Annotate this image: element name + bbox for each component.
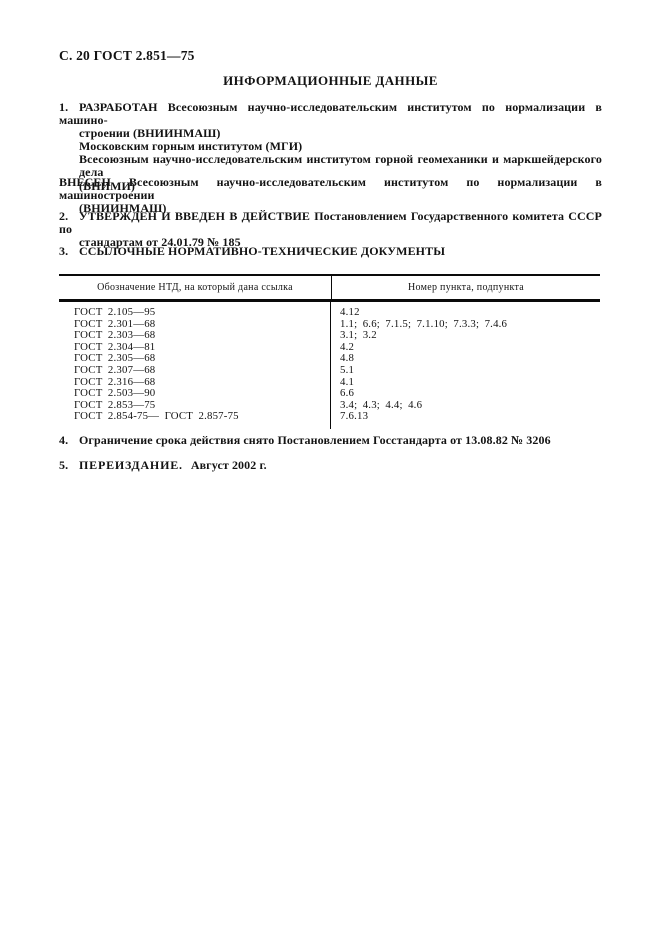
paragraph-line: 3.ССЫЛОЧНЫЕ НОРМАТИВНО-ТЕХНИЧЕСКИЕ ДОКУМ… [59,245,602,258]
table-points-cell: 3.1; 3.2 [340,330,600,342]
item-number: 3. [59,245,79,258]
section-ogranichenie: 4.Ограничение срока действия снято Поста… [59,434,602,447]
table-ref-cell: ГОСТ 2.105—95 [74,307,330,319]
section-ssylochnye: 3.ССЫЛОЧНЫЕ НОРМАТИВНО-ТЕХНИЧЕСКИЕ ДОКУМ… [59,245,602,258]
pereizdanie-label: ПЕРЕИЗДАНИЕ. [79,458,183,472]
table-points-cell: 4.1 [340,377,600,389]
table-points-cell: 6.6 [340,388,600,400]
table-header-ntd: Обозначение НТД, на который дана ссылка [59,276,332,299]
document-page: С. 20 ГОСТ 2.851—75 ИНФОРМАЦИОННЫЕ ДАННЫ… [0,0,661,936]
table-column-refs: ГОСТ 2.105—95ГОСТ 2.301—68ГОСТ 2.303—68Г… [59,302,331,429]
table-header-points: Номер пункта, подпункта [332,276,600,299]
paragraph-line: ВНЕСЕН Всесоюзным научно-исследовательск… [59,176,602,202]
table-column-points: 4.121.1; 6.6; 7.1.5; 7.1.10; 7.3.3; 7.4.… [331,302,600,429]
item-number: 4. [59,434,79,447]
paragraph-text: УТВЕРЖДЕН И ВВЕДЕН В ДЕЙСТВИЕ Постановле… [59,209,602,236]
reference-table: Обозначение НТД, на который дана ссылка … [59,274,600,429]
page-header: С. 20 ГОСТ 2.851—75 [59,48,602,63]
section-pereizdanie: 5.ПЕРЕИЗДАНИЕ.Август 2002 г. [59,459,602,472]
table-body: ГОСТ 2.105—95ГОСТ 2.301—68ГОСТ 2.303—68Г… [59,302,600,429]
pereizdanie-date: Август 2002 г. [191,458,267,472]
paragraph-line: 5.ПЕРЕИЗДАНИЕ.Август 2002 г. [59,459,602,472]
paragraph-line: 1.РАЗРАБОТАН Всесоюзным научно-исследова… [59,101,602,127]
paragraph-text: Ограничение срока действия снято Постано… [79,433,551,447]
table-ref-cell: ГОСТ 2.854-75— ГОСТ 2.857-75 [74,411,330,423]
table-points-cell: 4.12 [340,307,600,319]
paragraph-text: ССЫЛОЧНЫЕ НОРМАТИВНО-ТЕХНИЧЕСКИЕ ДОКУМЕН… [79,244,445,258]
table-points-cell: 5.1 [340,365,600,377]
table-points-cell: 1.1; 6.6; 7.1.5; 7.1.10; 7.3.3; 7.4.6 [340,319,600,331]
table-ref-cell: ГОСТ 2.503—90 [74,388,330,400]
table-header-row: Обозначение НТД, на который дана ссылка … [59,276,600,302]
table-points-cell: 4.2 [340,342,600,354]
paragraph-line: 2.УТВЕРЖДЕН И ВВЕДЕН В ДЕЙСТВИЕ Постанов… [59,210,602,236]
table-points-cell: 4.8 [340,353,600,365]
paragraph-line: 4.Ограничение срока действия снято Поста… [59,434,602,447]
table-points-cell: 7.6.13 [340,411,600,423]
table-points-cell: 3.4; 4.3; 4.4; 4.6 [340,400,600,412]
table-ref-cell: ГОСТ 2.307—68 [74,365,330,377]
item-number: 5. [59,459,79,472]
paragraph-text: РАЗРАБОТАН Всесоюзным научно-исследовате… [59,100,602,127]
document-title: ИНФОРМАЦИОННЫЕ ДАННЫЕ [59,74,602,88]
